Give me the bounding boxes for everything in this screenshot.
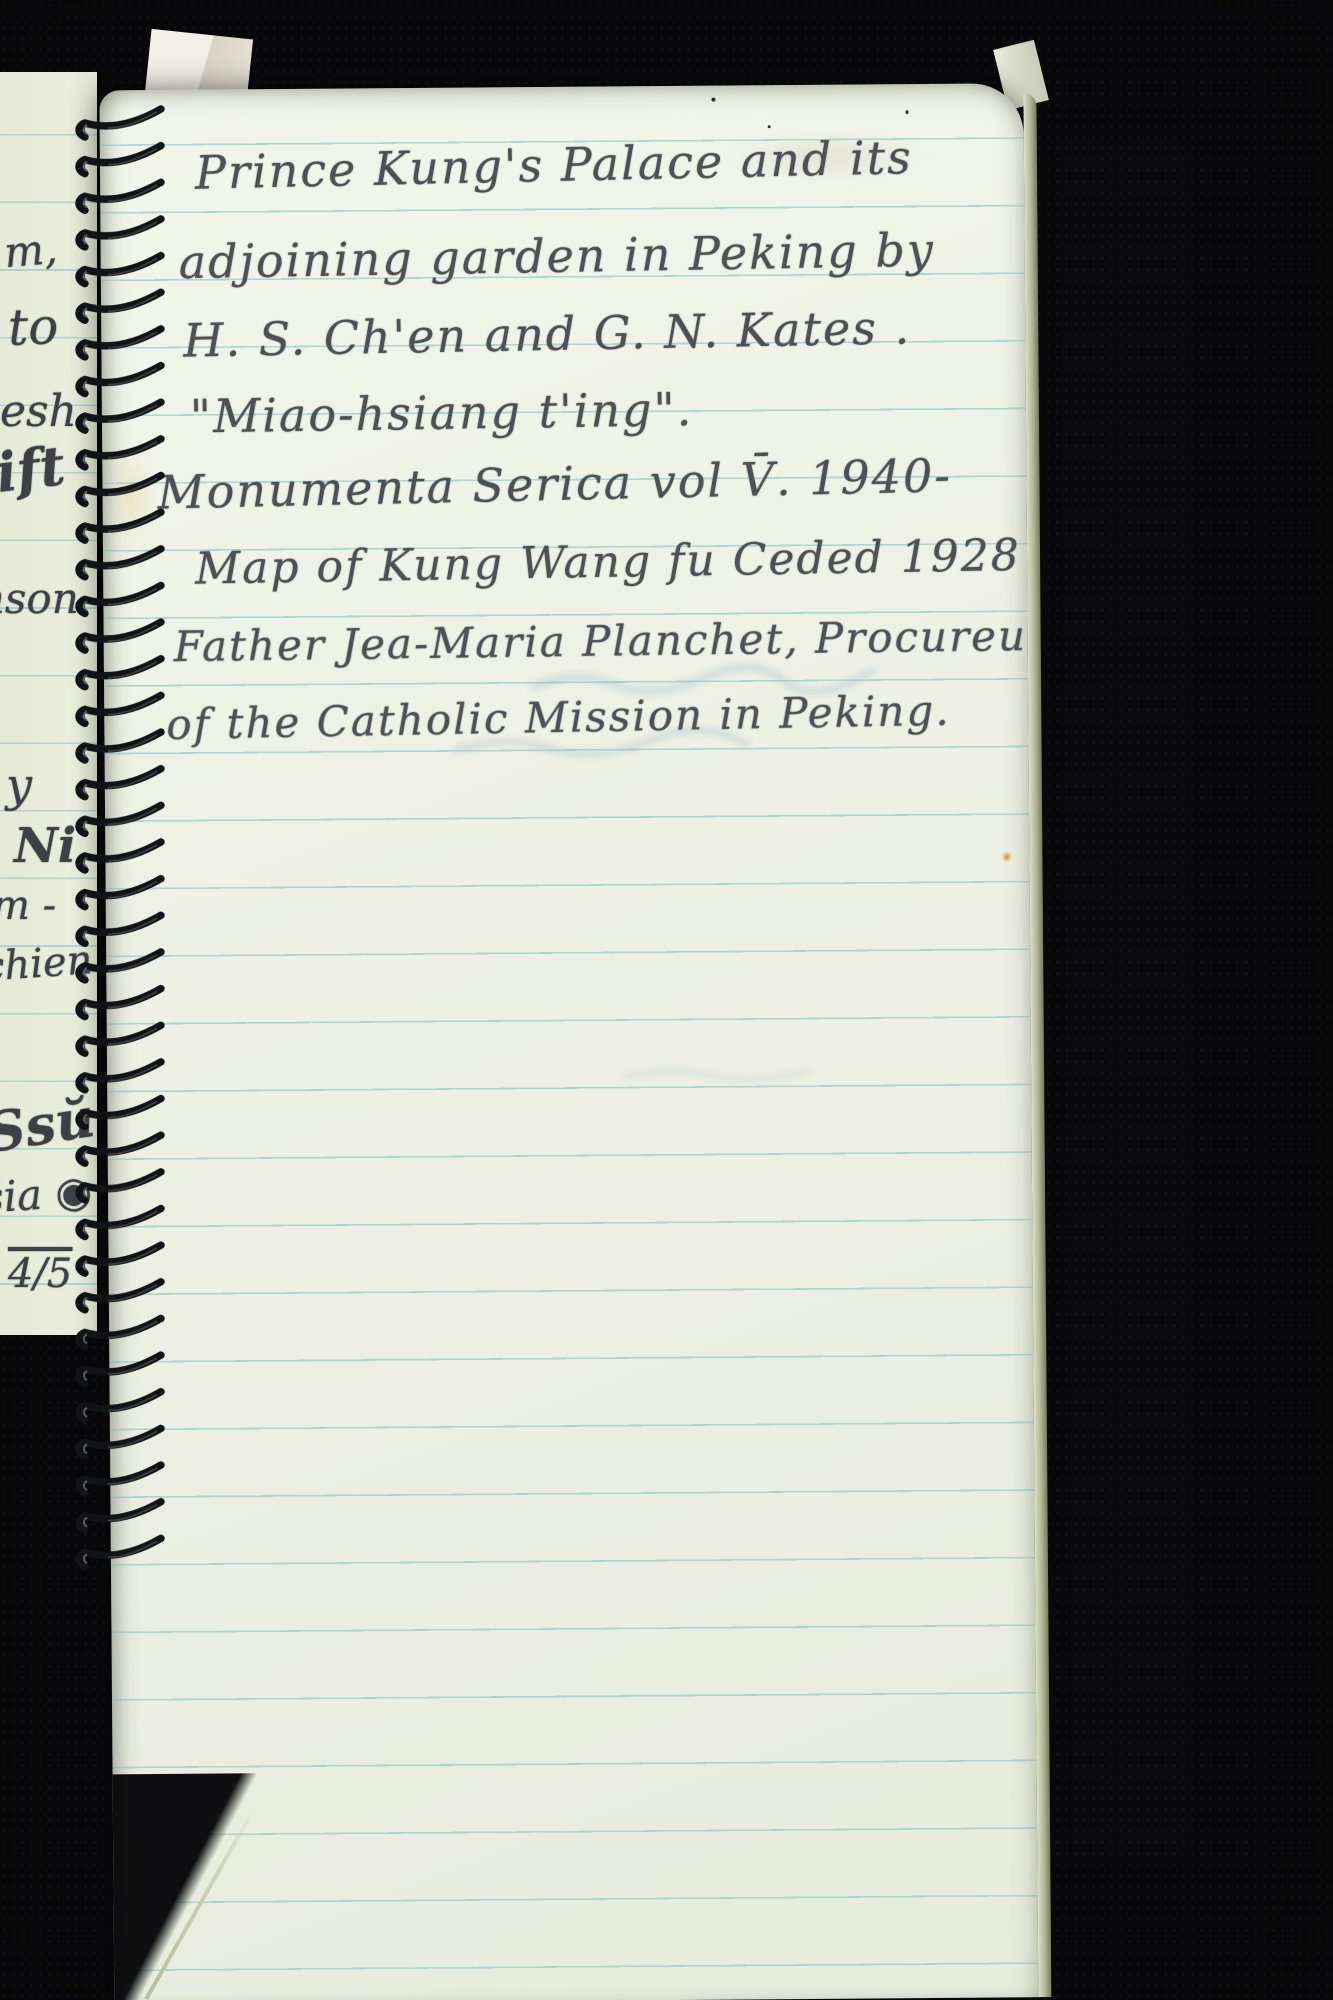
page-corner-curl [109, 1773, 269, 2000]
handwriting-fragment: 4/5 [8, 1254, 72, 1294]
notebook-photo: m, to esh ift amson y Ni m - chien Ssŭ s… [0, 0, 1333, 2000]
handwriting-fragment: m, [2, 228, 59, 274]
handwriting-fragment: to [7, 301, 59, 353]
handwritten-line: Father Jea-Maria Planchet, Procureur [173, 615, 1038, 668]
handwriting-fragment: m - [0, 886, 56, 926]
spiral-binding [74, 104, 170, 1570]
handwriting-fragment: y [6, 762, 32, 808]
handwritten-line: "Miao-hsiang t'ing". [190, 386, 694, 439]
handwriting-fragment: amson [0, 578, 79, 620]
handwritten-line: adjoining garden in Peking by [178, 227, 935, 286]
ruled-lines [99, 83, 1038, 2000]
handwriting-fragment: ift [0, 438, 68, 500]
handwriting-fragment: esh [0, 390, 77, 434]
handwritten-line: H. S. Ch'en and G. N. Kates . [183, 304, 912, 363]
notebook-page: Prince Kung's Palace and its adjoining g… [99, 83, 1038, 2000]
page-corner-edge [144, 1807, 256, 2000]
handwriting-fragment: Ni [14, 822, 76, 870]
